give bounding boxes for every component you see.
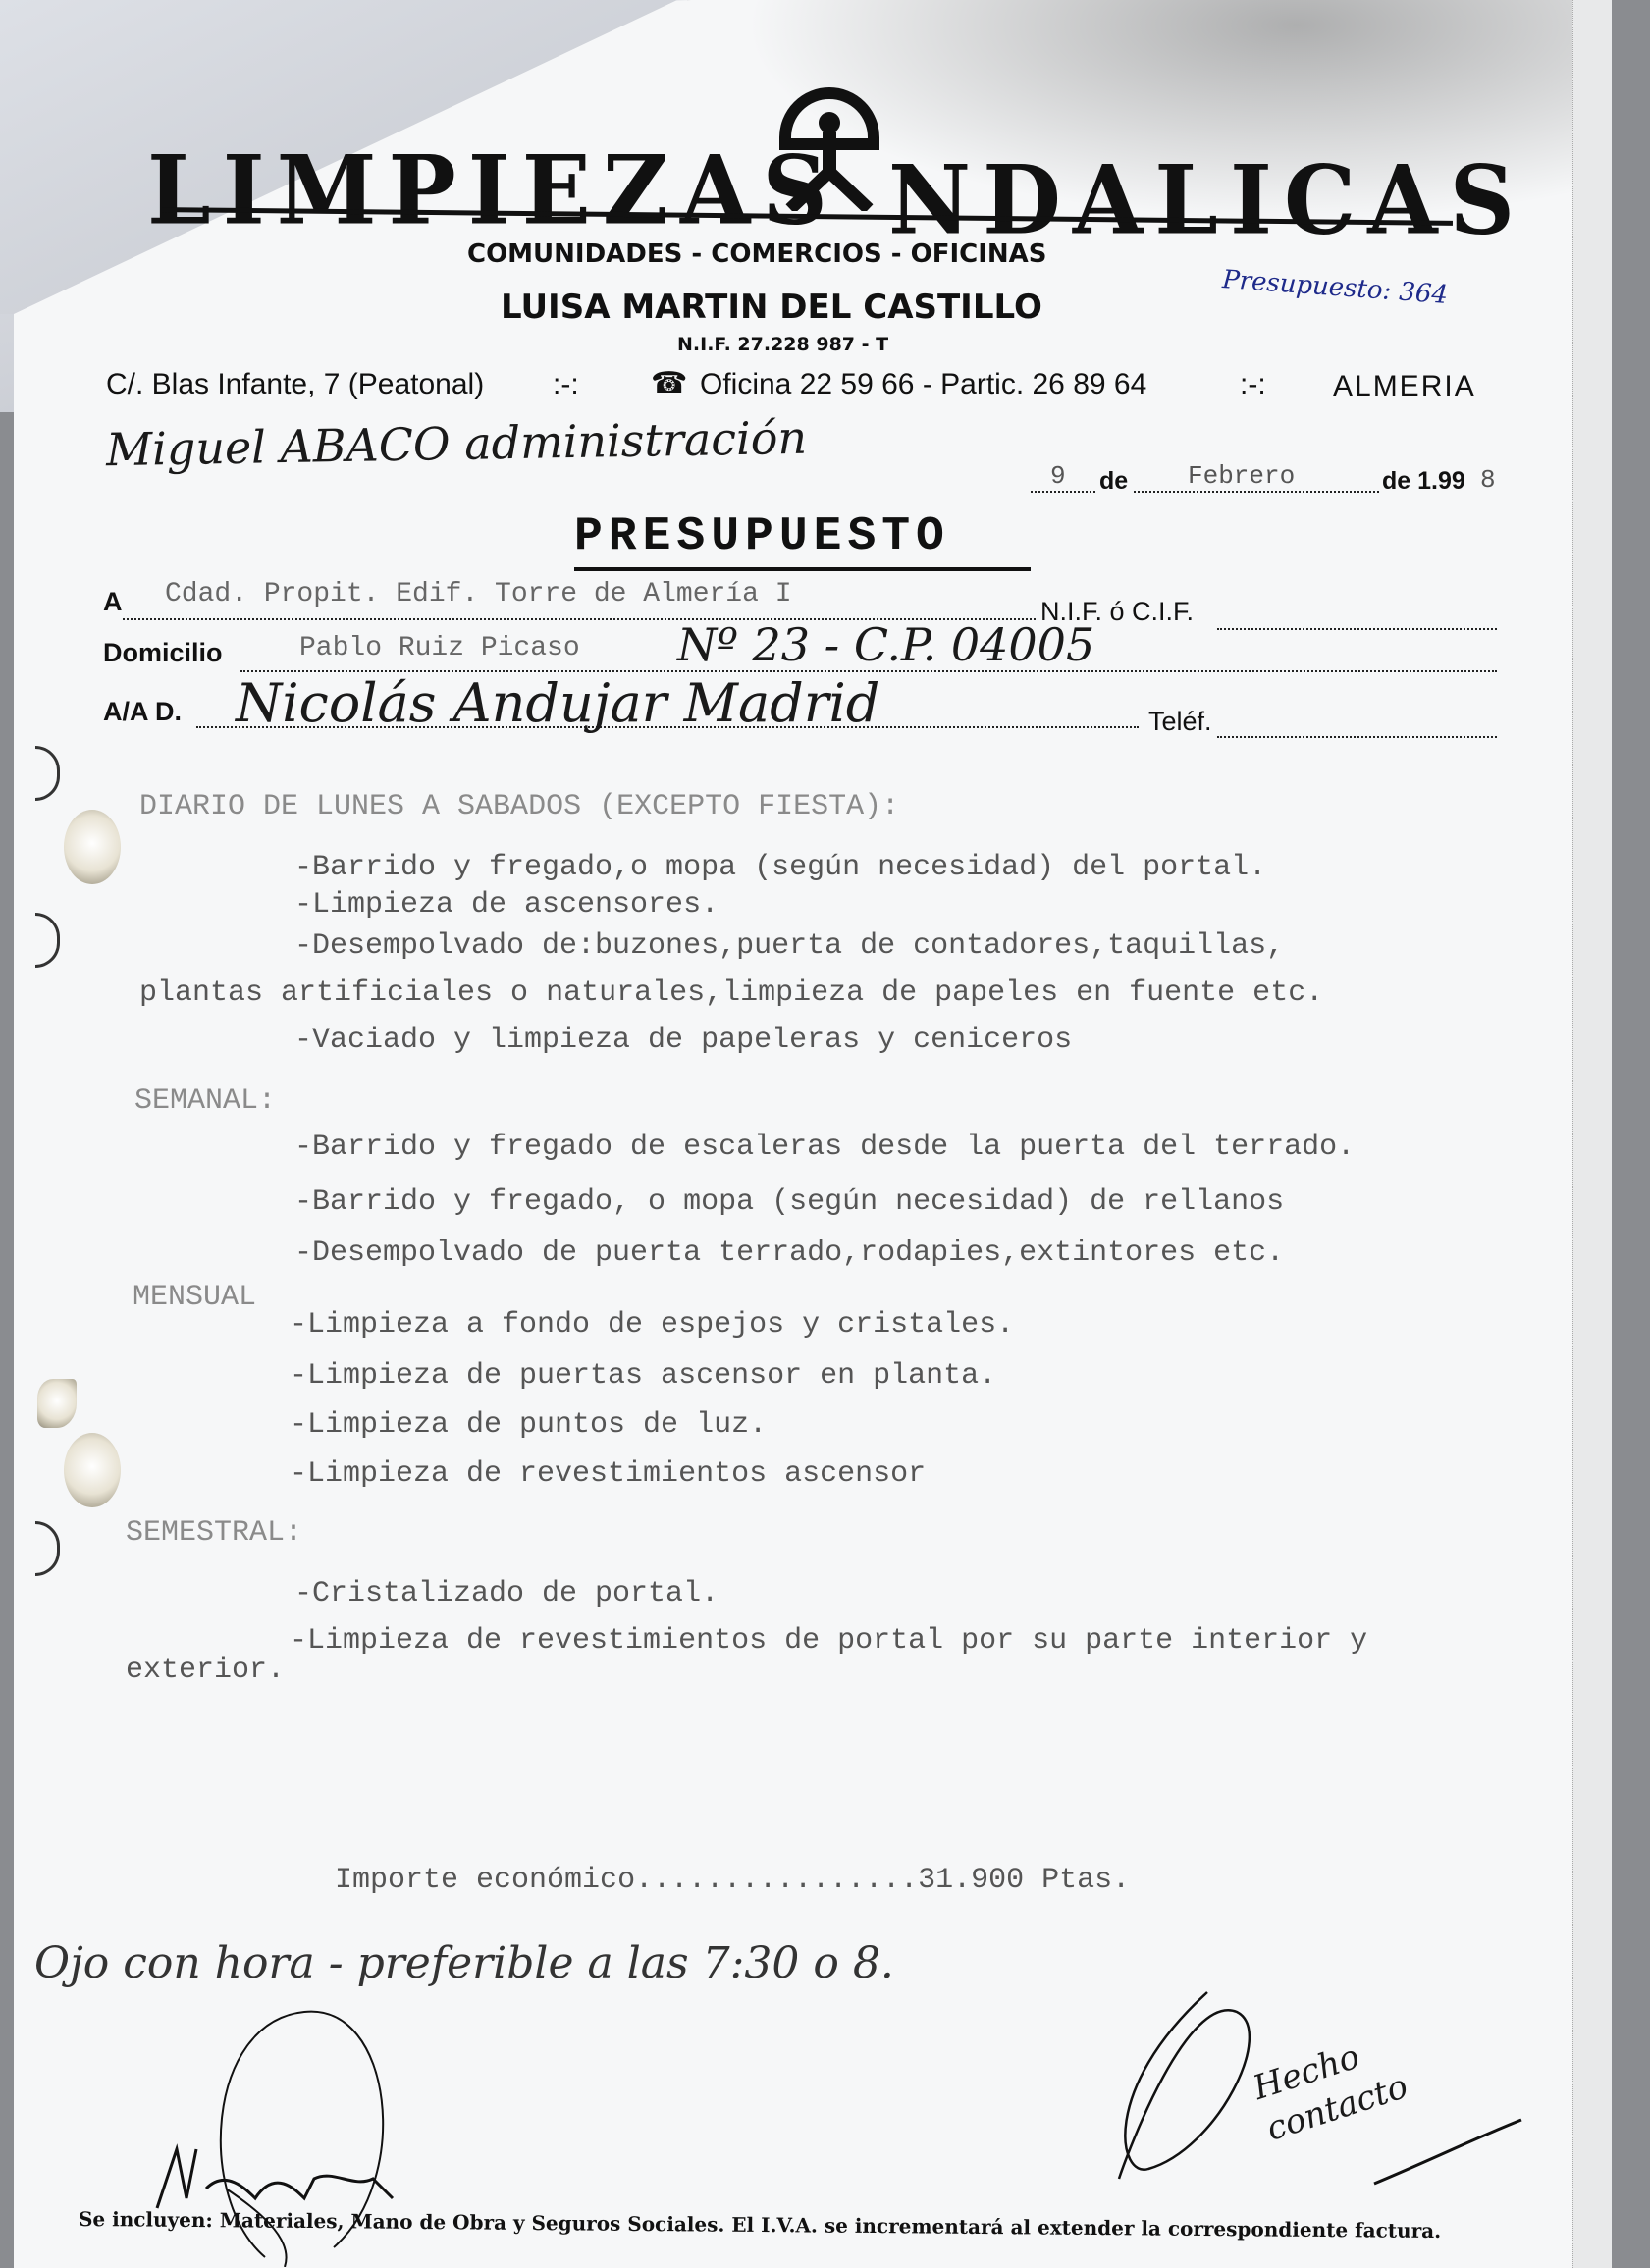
task-item: -Limpieza de ascensores. [294,888,719,922]
total-line: Importe económico................31.900 … [299,1830,1130,1897]
field-label-telef: Teléf. [1148,707,1212,737]
indalo-icon [775,83,883,211]
recipient-form: A Cdad. Propit. Edif. Torre de Almería I… [0,579,1650,746]
city: ALMERIA [1333,370,1476,403]
task-item: -Limpieza de revestimientos de portal po… [290,1624,1367,1658]
task-item: -Vaciado y limpieza de papeleras y cenic… [294,1024,1072,1057]
separator: :-: [1240,368,1266,401]
total-label: Importe económico [335,1864,635,1897]
date-month: Febrero [1188,461,1295,491]
date-de: de [1099,467,1128,496]
owner-name: LUISA MARTIN DEL CASTILLO [501,288,1042,327]
date-year-prefix: de 1.99 [1382,467,1465,496]
field-domicilio-typed: Pablo Ruiz Picaso [299,633,580,663]
task-item: plantas artificiales o naturales,limpiez… [139,976,1323,1010]
task-item: -Desempolvado de:buzones,puerta de conta… [294,929,1284,963]
section-heading: MENSUAL [133,1281,256,1314]
field-a-value: Cdad. Propit. Edif. Torre de Almería I [165,579,792,609]
date-line: 9 de Febrero de 1.99 8 [1031,461,1502,501]
task-item: -Barrido y fregado,o mopa (según necesid… [294,851,1266,884]
field-nif-value [1217,628,1497,630]
field-label-aad: A/A D. [103,697,182,727]
street-address: C/. Blas Infante, 7 (Peatonal) [106,368,484,401]
field-label-domicilio: Domicilio [103,638,223,668]
section-heading: DIARIO DE LUNES A SABADOS (EXCEPTO FIEST… [139,790,899,823]
task-item: -Limpieza de puntos de luz. [290,1408,767,1442]
punch-hole [64,1433,121,1507]
letterhead: LIMPIEZAS NDALICAS COMUNIDADES - COMERCI… [0,0,1650,373]
telephone-icon: ☎ [651,366,687,400]
task-item: -Barrido y fregado, o mopa (según necesi… [294,1186,1284,1219]
services-line: COMUNIDADES - COMERCIOS - OFICINAS [467,239,1046,269]
company-name-left: LIMPIEZAS [147,134,839,245]
section-heading: SEMANAL: [134,1084,276,1118]
task-item: -Cristalizado de portal. [294,1577,719,1610]
field-domicilio-handwritten: Nº 23 - C.P. 04005 [677,618,1094,671]
budget-number-note: Presupuesto: 364 [1221,265,1449,310]
nif: N.I.F. 27.228 987 - T [677,334,888,355]
task-item: -Desempolvado de puerta terrado,rodapies… [294,1237,1284,1270]
task-item: exterior. [126,1654,285,1687]
task-item: -Limpieza de revestimientos ascensor [290,1457,926,1491]
field-aad-value: Nicolás Andujar Madrid [236,672,879,734]
task-item: -Limpieza de puertas ascensor en planta. [290,1359,996,1393]
punch-hole-torn [37,1379,77,1428]
document-title: PRESUPUESTO [574,510,950,563]
field-label-a: A [103,587,123,617]
field-telef-value [1217,736,1497,738]
punch-hole [64,810,121,884]
date-day: 9 [1050,461,1066,491]
total-amount: 31.900 Ptas. [918,1864,1130,1897]
phone-numbers: Oficina 22 59 66 - Partic. 26 89 64 [700,368,1146,401]
task-item: -Limpieza a fondo de espejos y cristales… [290,1308,1014,1342]
scheduling-note: Ojo con hora - preferible a las 7:30 o 8… [34,1938,894,1988]
separator: :-: [553,368,579,401]
date-year-digit: 8 [1480,465,1496,495]
total-leader: ................ [635,1864,918,1897]
task-item: -Barrido y fregado de escaleras desde la… [294,1131,1355,1164]
section-heading: SEMESTRAL: [126,1516,302,1550]
title-underline [574,567,1031,571]
